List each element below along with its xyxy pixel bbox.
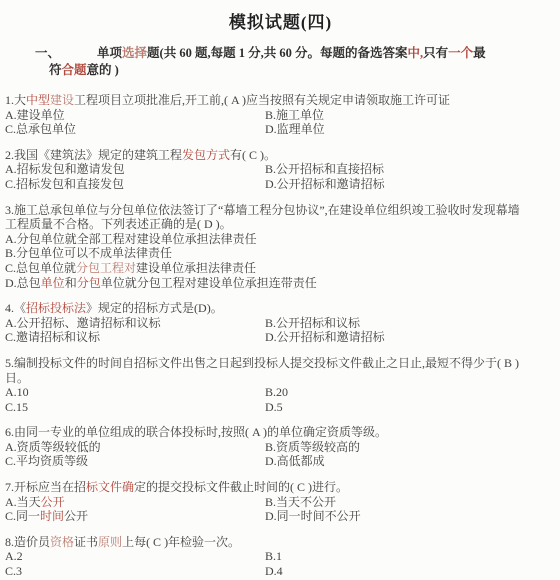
- text-segment: 5.编制投标文件的时间自招标文件出售之日起到投标人提交投标文件截止之日止,最短不…: [5, 356, 519, 370]
- text-segment: B.1: [265, 549, 282, 563]
- option-d: D.高低都成: [265, 454, 556, 469]
- option-a: A.10: [5, 385, 265, 400]
- text-segment: A.公开招标、邀请招标和议标: [5, 316, 161, 330]
- question-block-7: 7.开标应当在招标文件确定的提交投标文件截止时间的( C )进行。A.当天公开B…: [5, 480, 556, 524]
- text-segment: 单项: [97, 46, 122, 60]
- text-segment: 标文件确: [86, 480, 134, 494]
- text-segment: D.同一时间不公开: [265, 509, 361, 523]
- text-segment: D.监理单位: [265, 122, 325, 136]
- text-segment: B.资质等级较高的: [265, 440, 360, 454]
- question-stem-line: 3.施工总承包单位与分包单位依法签订了“幕墙工程分包协议”,在建设单位组织竣工验…: [5, 203, 556, 218]
- text-segment: B.当天不公开: [265, 495, 336, 509]
- question-list: 1.大中型建设工程项目立项批准后,开工前,( A )应当按照有关规定申请领取施工…: [5, 93, 556, 579]
- option-a: A.资质等级较低的: [5, 440, 265, 455]
- text-segment: D.公开招标和邀请招标: [265, 330, 385, 344]
- text-segment: 公开: [41, 495, 65, 509]
- text-segment: 原则: [98, 535, 122, 549]
- section-header-line2: 符合题意的 ): [35, 62, 556, 79]
- question-block-8: 8.造价员资格证书原则上每( C )年检验一次。A.2B.1C.3D.4: [5, 535, 556, 579]
- text-segment: 中,: [407, 46, 423, 60]
- option-a: A.建设单位: [5, 108, 265, 123]
- text-segment: 和: [65, 276, 77, 290]
- option-b: B.公开招标和议标: [265, 316, 556, 331]
- text-segment: A.分包单位就全部工程对建设单位承担法律责任: [5, 232, 257, 246]
- option-a: A.招标发包和邀请发包: [5, 162, 265, 177]
- text-segment: C.3: [5, 564, 22, 578]
- option-b: B.公开招标和直接招标: [265, 162, 556, 177]
- option-d: D.5: [265, 400, 556, 415]
- text-segment: 3.施工总承包单位与分包单位依法签订了“幕墙工程分包协议”,在建设单位组织竣工验…: [5, 203, 520, 217]
- question-block-1: 1.大中型建设工程项目立项批准后,开工前,( A )应当按照有关规定申请领取施工…: [5, 93, 556, 137]
- text-segment: 发包方式: [182, 148, 230, 162]
- option-group: A.资质等级较低的B.资质等级较高的C.平均资质等级D.高低都成: [5, 440, 556, 469]
- option-c: C.同一时间公开: [5, 509, 265, 524]
- option-b: B.分包单位可以不成单法律责任: [5, 246, 556, 261]
- text-segment: C.平均资质等级: [5, 454, 88, 468]
- text-segment: A.2: [5, 549, 23, 563]
- option-d: D.总包单位和分包单位就分包工程对建设单位承担连带责任: [5, 276, 556, 291]
- text-segment: 选择: [122, 46, 147, 60]
- text-segment: D.总包: [5, 276, 41, 290]
- text-segment: B.公开招标和议标: [265, 316, 360, 330]
- text-segment: A.10: [5, 385, 29, 399]
- text-segment: 证书: [74, 535, 98, 549]
- option-b: B.资质等级较高的: [265, 440, 556, 455]
- text-segment: 单位: [41, 276, 65, 290]
- option-d: D.监理单位: [265, 122, 556, 137]
- text-segment: 招标投标法: [26, 301, 86, 315]
- text-segment: A.建设单位: [5, 108, 65, 122]
- text-segment: 只有: [423, 46, 448, 60]
- text-segment: 2.我国《建筑法》规定的建筑工程: [5, 148, 182, 162]
- text-segment: B.施工单位: [265, 108, 324, 122]
- option-b: B.当天不公开: [265, 495, 556, 510]
- text-segment: C.15: [5, 400, 28, 414]
- text-segment: 有( C )。: [230, 148, 276, 162]
- question-stem-line: 8.造价员资格证书原则上每( C )年检验一次。: [5, 535, 556, 550]
- option-group: A.分包单位就全部工程对建设单位承担法律责任B.分包单位可以不成单法律责任C.总…: [5, 232, 556, 290]
- text-segment: 1.大: [5, 93, 26, 107]
- text-segment: 工程质量不合格。下列表述正确的是( D )。: [5, 217, 232, 231]
- text-segment: 》规定的招标方式是(D)。: [86, 301, 223, 315]
- option-a: A.分包单位就全部工程对建设单位承担法律责任: [5, 232, 556, 247]
- text-segment: C.邀请招标和议标: [5, 330, 100, 344]
- text-segment: B.分包单位可以不成单法律责任: [5, 246, 172, 260]
- question-stem-line: 5.编制投标文件的时间自招标文件出售之日起到投标人提交投标文件截止之日止,最短不…: [5, 356, 556, 371]
- option-c: C.招标发包和直接发包: [5, 177, 265, 192]
- option-c: C.3: [5, 564, 265, 579]
- text-segment: D.4: [265, 564, 283, 578]
- option-group: A.当天公开B.当天不公开C.同一时间公开D.同一时间不公开: [5, 495, 556, 524]
- option-a: A.公开招标、邀请招标和议标: [5, 316, 265, 331]
- option-c: C.邀请招标和议标: [5, 330, 265, 345]
- section-header-line1: 一、单项选择题(共 60 题,每题 1 分,共 60 分。每题的备选答案中,只有…: [35, 45, 556, 62]
- question-stem-line: 7.开标应当在招标文件确定的提交投标文件截止时间的( C )进行。: [5, 480, 556, 495]
- question-block-2: 2.我国《建筑法》规定的建筑工程发包方式有( C )。A.招标发包和邀请发包B.…: [5, 148, 556, 192]
- question-stem-line: 日。: [5, 371, 556, 386]
- question-block-4: 4.《招标投标法》规定的招标方式是(D)。A.公开招标、邀请招标和议标B.公开招…: [5, 301, 556, 345]
- text-segment: 建设: [50, 93, 74, 107]
- text-segment: 一个: [448, 46, 473, 60]
- question-block-5: 5.编制投标文件的时间自招标文件出售之日起到投标人提交投标文件截止之日止,最短不…: [5, 356, 556, 414]
- option-c: C.总承包单位: [5, 122, 265, 137]
- text-segment: 合题: [62, 63, 87, 77]
- option-a: A.当天公开: [5, 495, 265, 510]
- text-segment: 日。: [5, 371, 29, 385]
- text-segment: 建设单位承担法律责任: [136, 261, 256, 275]
- text-segment: 符: [49, 63, 62, 77]
- text-segment: 意的 ): [87, 63, 119, 77]
- option-b: B.1: [265, 549, 556, 564]
- option-group: A.招标发包和邀请发包B.公开招标和直接招标C.招标发包和直接发包D.公开招标和…: [5, 162, 556, 191]
- text-segment: C.总包单位就: [5, 261, 76, 275]
- question-stem-line: 工程质量不合格。下列表述正确的是( D )。: [5, 217, 556, 232]
- text-segment: C.总承包单位: [5, 122, 76, 136]
- question-stem-line: 6.由同一专业的单位组成的联合体投标时,按照( A )的单位确定资质等级。: [5, 425, 556, 440]
- option-c: C.总包单位就分包工程对建设单位承担法律责任: [5, 261, 556, 276]
- option-group: A.建设单位B.施工单位C.总承包单位D.监理单位: [5, 108, 556, 137]
- text-segment: A.招标发包和邀请发包: [5, 162, 125, 176]
- option-d: D.公开招标和邀请招标: [265, 330, 556, 345]
- question-block-3: 3.施工总承包单位与分包单位依法签订了“幕墙工程分包协议”,在建设单位组织竣工验…: [5, 203, 556, 291]
- text-segment: 分包: [77, 276, 101, 290]
- option-b: B.20: [265, 385, 556, 400]
- text-segment: 4.《: [5, 301, 26, 315]
- option-group: A.10B.20C.15D.5: [5, 385, 556, 414]
- text-segment: 工程项目立项批准后,开工前,( A )应当按照有关规定申请领取施工许可证: [74, 93, 450, 107]
- text-segment: 8.造价员: [5, 535, 50, 549]
- option-d: D.4: [265, 564, 556, 579]
- question-block-6: 6.由同一专业的单位组成的联合体投标时,按照( A )的单位确定资质等级。A.资…: [5, 425, 556, 469]
- option-d: D.公开招标和邀请招标: [265, 177, 556, 192]
- exam-page: 模拟试题(四) 一、单项选择题(共 60 题,每题 1 分,共 60 分。每题的…: [0, 0, 560, 579]
- option-c: C.平均资质等级: [5, 454, 265, 469]
- text-segment: 最: [473, 46, 486, 60]
- text-segment: 定的提交投标文件截止时间的( C )进行。: [134, 480, 348, 494]
- text-segment: B.20: [265, 385, 288, 399]
- option-group: A.公开招标、邀请招标和议标B.公开招标和议标C.邀请招标和议标D.公开招标和邀…: [5, 316, 556, 345]
- option-c: C.15: [5, 400, 265, 415]
- option-d: D.同一时间不公开: [265, 509, 556, 524]
- option-a: A.2: [5, 549, 265, 564]
- text-segment: 6.由同一专业的单位组成的联合体投标时,按照( A )的单位确定资质等级。: [5, 425, 387, 439]
- text-segment: 时间: [40, 509, 64, 523]
- section-header-text: 单项选择题(共 60 题,每题 1 分,共 60 分。每题的备选答案中,只有一个…: [97, 46, 486, 60]
- page-title: 模拟试题(四): [5, 8, 556, 33]
- text-segment: A.资质等级较低的: [5, 440, 101, 454]
- question-stem-line: 4.《招标投标法》规定的招标方式是(D)。: [5, 301, 556, 316]
- text-segment: D.5: [265, 400, 283, 414]
- text-segment: C.同一: [5, 509, 40, 523]
- option-group: A.2B.1C.3D.4: [5, 549, 556, 578]
- question-stem-line: 2.我国《建筑法》规定的建筑工程发包方式有( C )。: [5, 148, 556, 163]
- text-segment: 分包工程对: [76, 261, 136, 275]
- text-segment: 公开: [64, 509, 88, 523]
- text-segment: D.公开招标和邀请招标: [265, 177, 385, 191]
- text-segment: C.招标发包和直接发包: [5, 177, 124, 191]
- text-segment: B.公开招标和直接招标: [265, 162, 384, 176]
- text-segment: 中型: [26, 93, 50, 107]
- text-segment: 资格: [50, 535, 74, 549]
- section-marker: 一、: [35, 45, 97, 62]
- section-header: 一、单项选择题(共 60 题,每题 1 分,共 60 分。每题的备选答案中,只有…: [5, 45, 556, 79]
- text-segment: 7.开标应当在招: [5, 480, 86, 494]
- question-stem-line: 1.大中型建设工程项目立项批准后,开工前,( A )应当按照有关规定申请领取施工…: [5, 93, 556, 108]
- text-segment: A.当天: [5, 495, 41, 509]
- option-b: B.施工单位: [265, 108, 556, 123]
- text-segment: D.高低都成: [265, 454, 325, 468]
- text-segment: 单位就分包工程对建设单位承担连带责任: [101, 276, 317, 290]
- text-segment: 上每( C )年检验一次。: [122, 535, 240, 549]
- text-segment: 题(共 60 题,每题 1 分,共 60 分。每题的备选答案: [147, 46, 407, 60]
